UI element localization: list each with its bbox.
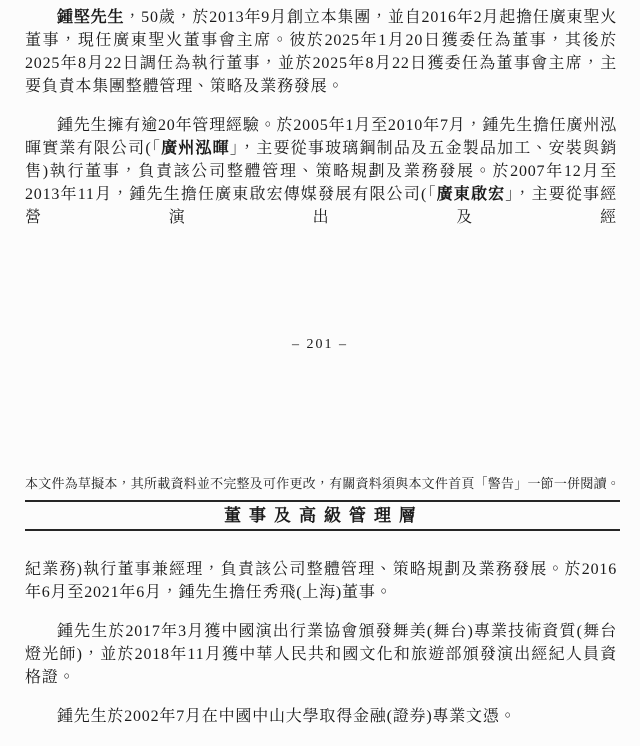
qualification-paragraph: 鍾先生於2017年3月獲中國演出行業協會頒發舞美(舞台)專業技術資質(舞台燈光師…	[25, 620, 617, 689]
section-title: 董事及高級管理層	[0, 504, 640, 528]
draft-warning-note: 本文件為草擬本，其所載資料並不完整及可作更改，有關資料須與本文件首頁「警告」一節…	[25, 475, 620, 493]
bio-text: 鍾先生於2002年7月在中國中山大學取得金融(證券)專業文憑。	[57, 708, 516, 725]
director-bio-paragraph: 鍾堅先生，50歲，於2013年9月創立本集團，並自2016年2月起擔任廣東聖火董…	[25, 6, 617, 98]
experience-paragraph: 鍾先生擁有逾20年管理經驗。於2005年1月至2010年7月，鍾先生擔任廣州泓暉…	[25, 114, 617, 229]
section-divider-top	[25, 500, 620, 502]
section-divider-bottom	[25, 529, 620, 531]
page-201-body: 鍾堅先生，50歲，於2013年9月創立本集團，並自2016年2月起擔任廣東聖火董…	[25, 6, 617, 245]
continued-paragraph: 紀業務)執行董事兼經理，負責該公司整體管理、策略規劃及業務發展。於2016年6月…	[25, 558, 617, 604]
bio-text: 紀業務)執行董事兼經理，負責該公司整體管理、策略規劃及業務發展。於2016年6月…	[25, 561, 617, 601]
company-name-guangzhou-honghui: 廣州泓暉	[161, 140, 230, 157]
page-number: – 201 –	[0, 337, 640, 353]
next-page-body: 紀業務)執行董事兼經理，負責該公司整體管理、策略規劃及業務發展。於2016年6月…	[25, 558, 617, 744]
education-paragraph: 鍾先生於2002年7月在中國中山大學取得金融(證券)專業文憑。	[25, 705, 617, 728]
bio-text: 鍾先生於2017年3月獲中國演出行業協會頒發舞美(舞台)專業技術資質(舞台燈光師…	[25, 623, 617, 686]
document-viewport: { "colors": { "background": "#fcfcfc", "…	[0, 0, 640, 746]
company-name-guangdong-qihong: 廣東啟宏	[437, 186, 506, 203]
person-name: 鍾堅先生	[57, 9, 124, 26]
